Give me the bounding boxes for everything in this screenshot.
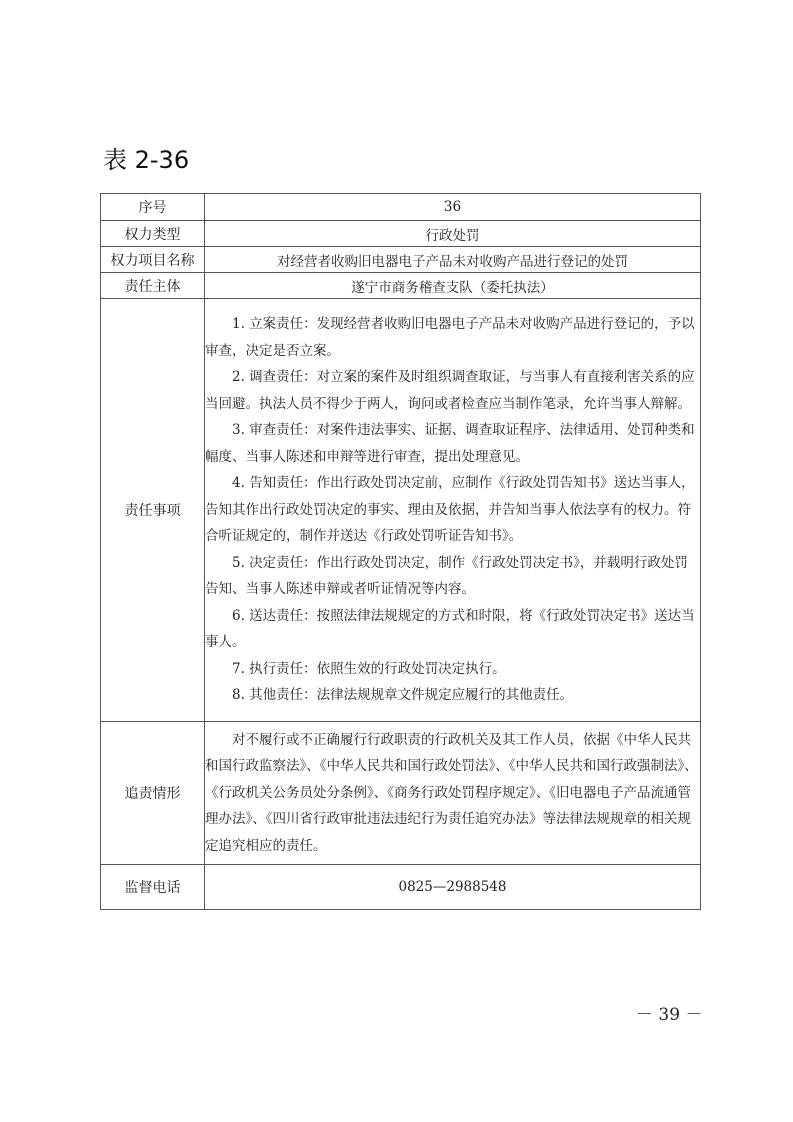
label-item-name: 权力项目名称 [101,247,205,273]
power-item-table: 序号 36 权力类型 行政处罚 权力项目名称 对经营者收购旧电器电子产品未对收购… [100,193,701,910]
label-phone: 监督电话 [101,865,205,910]
table-row-phone: 监督电话 0825—2988548 [101,865,701,910]
table-row-power-type: 权力类型 行政处罚 [101,221,701,247]
responsibility-item: 3. 审查责任：对案件违法事实、证据、调查取证程序、法律适用、处罚种类和幅度、当… [205,417,700,470]
table-title: 表 2-36 [103,140,189,175]
responsibility-item: 2. 调查责任：对立案的案件及时组织调查取证，与当事人有直接利害关系的应当回避。… [205,364,700,417]
responsibility-item: 5. 决定责任：作出行政处罚决定，制作《行政处罚决定书》，并载明行政处罚告知、当… [205,550,700,603]
table-row-subject: 责任主体 遂宁市商务稽查支队（委托执法） [101,273,701,299]
value-serial: 36 [205,194,701,221]
responsibility-item: 1. 立案责任：发现经营者收购旧电器电子产品未对收购产品进行登记的，予以审查，决… [205,311,700,364]
table-row-responsibilities: 责任事项 1. 立案责任：发现经营者收购旧电器电子产品未对收购产品进行登记的，予… [101,299,701,722]
label-serial: 序号 [101,194,205,221]
label-power-type: 权力类型 [101,221,205,247]
accountability-text-cell: 对不履行或不正确履行行政职责的行政机关及其工作人员，依据《中华人民共和国行政监察… [205,722,701,865]
responsibilities-list: 1. 立案责任：发现经营者收购旧电器电子产品未对收购产品进行登记的，予以审查，决… [205,299,701,722]
table-row-item-name: 权力项目名称 对经营者收购旧电器电子产品未对收购产品进行登记的处罚 [101,247,701,273]
label-subject: 责任主体 [101,273,205,299]
accountability-text: 对不履行或不正确履行行政职责的行政机关及其工作人员，依据《中华人民共和国行政监察… [205,727,700,860]
responsibility-item: 8. 其他责任：法律法规规章文件规定应履行的其他责任。 [205,682,700,709]
table-row-accountability: 追责情形 对不履行或不正确履行行政职责的行政机关及其工作人员，依据《中华人民共和… [101,722,701,865]
label-accountability: 追责情形 [101,722,205,865]
value-phone: 0825—2988548 [205,865,701,910]
responsibility-item: 4. 告知责任：作出行政处罚决定前，应制作《行政处罚告知书》送达当事人，告知其作… [205,470,700,550]
label-responsibilities: 责任事项 [101,299,205,722]
responsibility-item: 6. 送达责任：按照法律法规规定的方式和时限，将《行政处罚决定书》送达当事人。 [205,603,700,656]
table-row-serial: 序号 36 [101,194,701,221]
page-number: － 39 － [636,1000,702,1025]
value-item-name: 对经营者收购旧电器电子产品未对收购产品进行登记的处罚 [205,247,701,273]
value-power-type: 行政处罚 [205,221,701,247]
value-subject: 遂宁市商务稽查支队（委托执法） [205,273,701,299]
responsibility-item: 7. 执行责任：依照生效的行政处罚决定执行。 [205,656,700,683]
